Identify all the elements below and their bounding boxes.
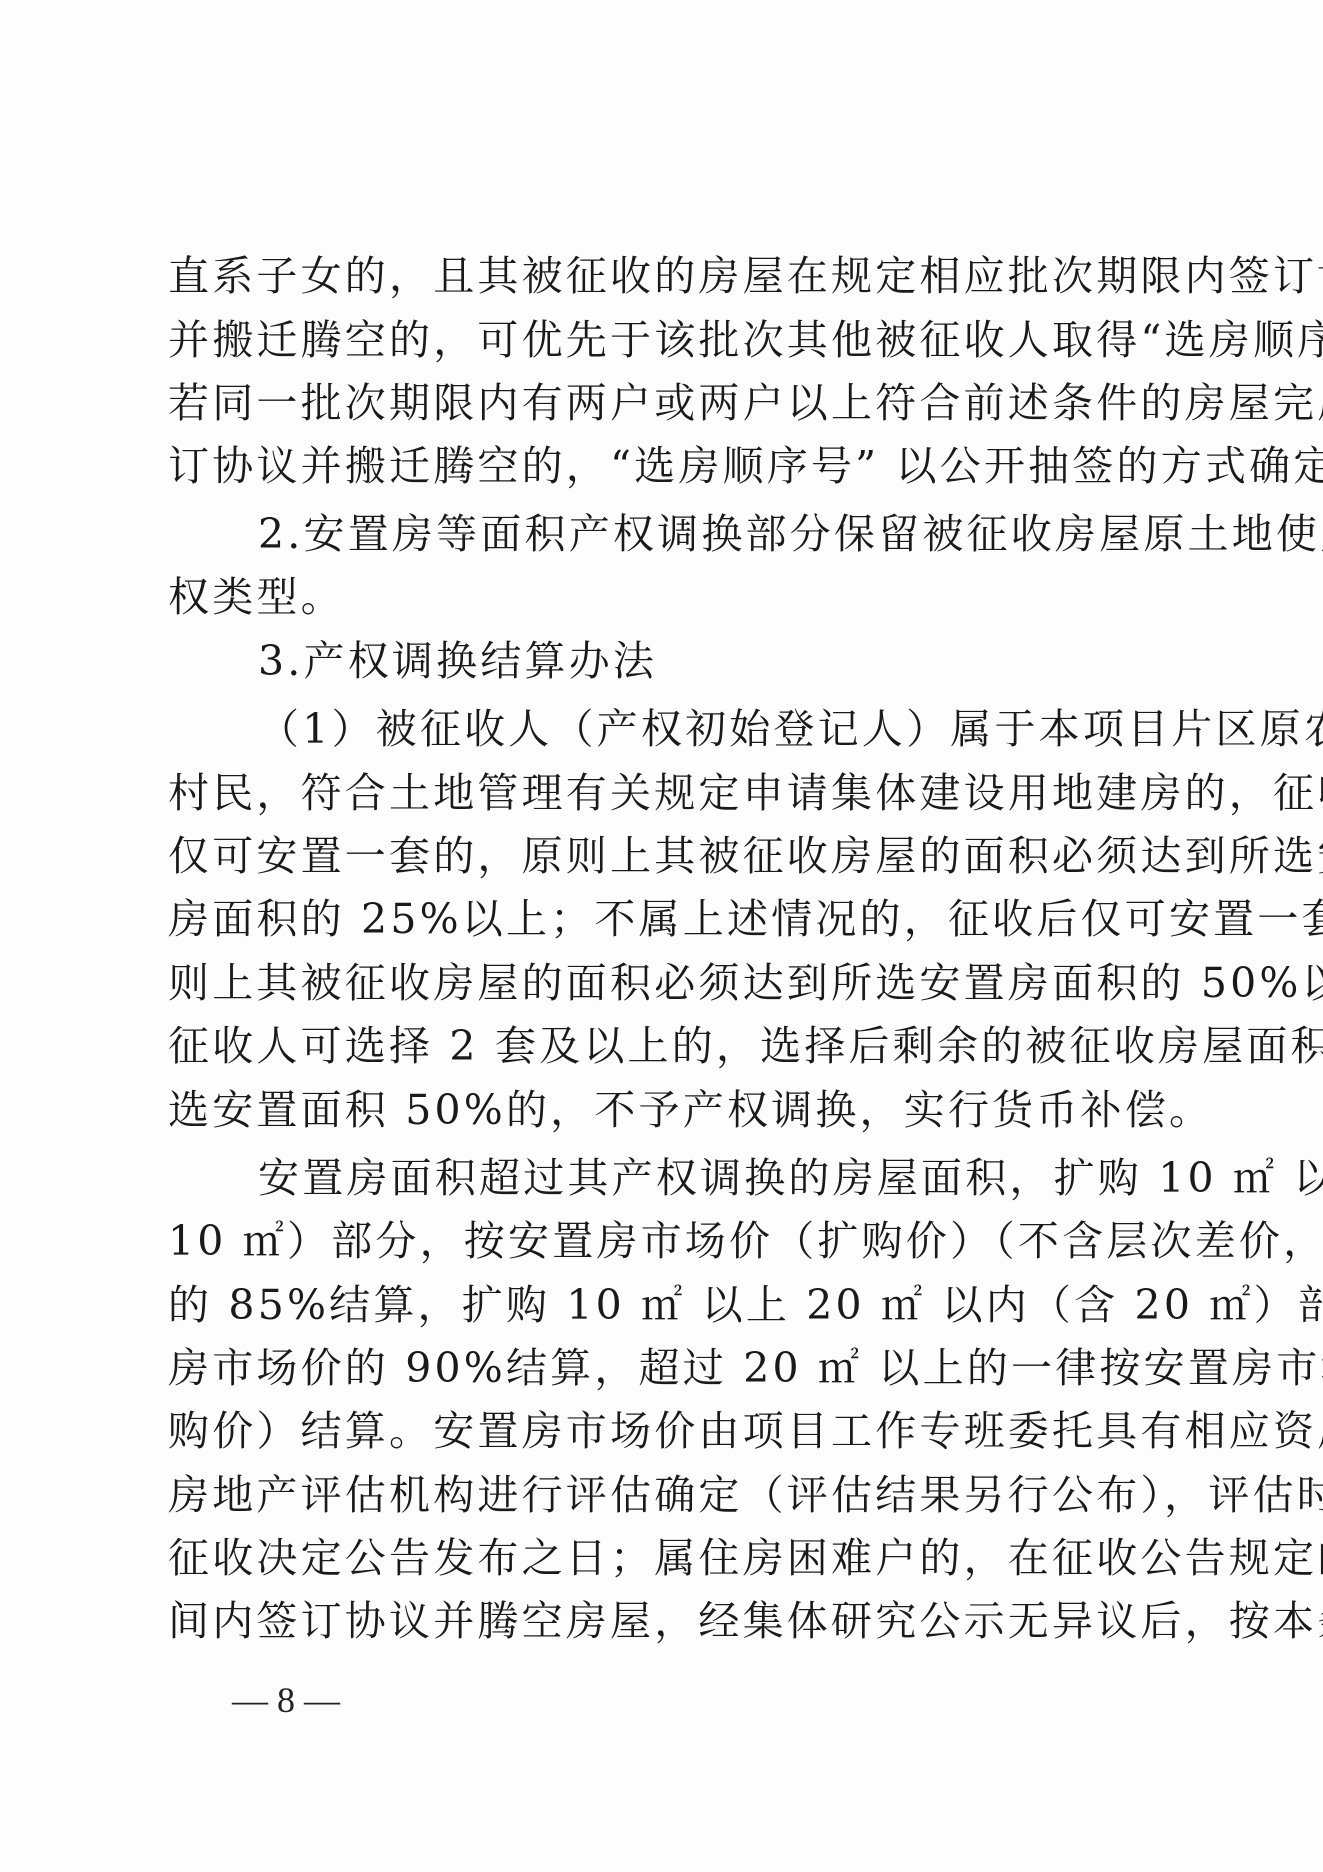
text-line: 直系子女的，且其被征收的房屋在规定相应批次期限内签订协议 [168, 246, 1172, 306]
text-line: 村民，符合土地管理有关规定申请集体建设用地建房的，征收后 [168, 763, 1172, 823]
text-line: 购价）结算。安置房市场价由项目工作专班委托具有相应资质的 [168, 1401, 1172, 1461]
text-line: 征收人可选择 2 套及以上的，选择后剩余的被征收房屋面积不足所 [168, 1016, 1172, 1076]
text-line: 2.安置房等面积产权调换部分保留被征收房屋原土地使用 [258, 504, 1172, 564]
text-line: 权类型。 [168, 567, 345, 627]
text-line: 房市场价的 90%结算，超过 20 ㎡ 以上的一律按安置房市场价（扩 [168, 1338, 1172, 1398]
text-line: 并搬迁腾空的，可优先于该批次其他被征收人取得“选房顺序号”； [168, 310, 1172, 370]
text-line: 订协议并搬迁腾空的，“选房顺序号” 以公开抽签的方式确定。 [168, 436, 1323, 496]
text-line: 房面积的 25%以上；不属上述情况的，征收后仅可安置一套的，原 [168, 889, 1172, 949]
text-line: 仅可安置一套的，原则上其被征收房屋的面积必须达到所选安置 [168, 826, 1172, 886]
text-line: 10 ㎡）部分，按安置房市场价（扩购价）（不含层次差价，下同） [168, 1211, 1172, 1271]
page-number: — 8 — [232, 1675, 340, 1725]
text-line: 房地产评估机构进行评估确定（评估结果另行公布），评估时点为 [168, 1465, 1172, 1525]
text-line: 若同一批次期限内有两户或两户以上符合前述条件的房屋完成签 [168, 373, 1172, 433]
text-line: 3.产权调换结算办法 [258, 631, 657, 691]
text-line: 征收决定公告发布之日；属住房困难户的，在征收公告规定的时 [168, 1528, 1172, 1588]
text-line: 选安置面积 50%的，不予产权调换，实行货币补偿。 [168, 1080, 1213, 1140]
text-line: 的 85%结算，扩购 10 ㎡ 以上 20 ㎡ 以内（含 20 ㎡）部分，按安置 [168, 1275, 1172, 1335]
text-line: 则上其被征收房屋的面积必须达到所选安置房面积的 50%以上。被 [168, 953, 1172, 1013]
text-line: 间内签订协议并腾空房屋，经集体研究公示无异议后，按本条款 [168, 1591, 1172, 1651]
text-line: 安置房面积超过其产权调换的房屋面积，扩购 10 ㎡ 以内（含 [258, 1148, 1172, 1208]
text-line: （1）被征收人（产权初始登记人）属于本项目片区原农村 [258, 699, 1172, 759]
document-page: 直系子女的，且其被征收的房屋在规定相应批次期限内签订协议并搬迁腾空的，可优先于该… [0, 0, 1323, 1872]
